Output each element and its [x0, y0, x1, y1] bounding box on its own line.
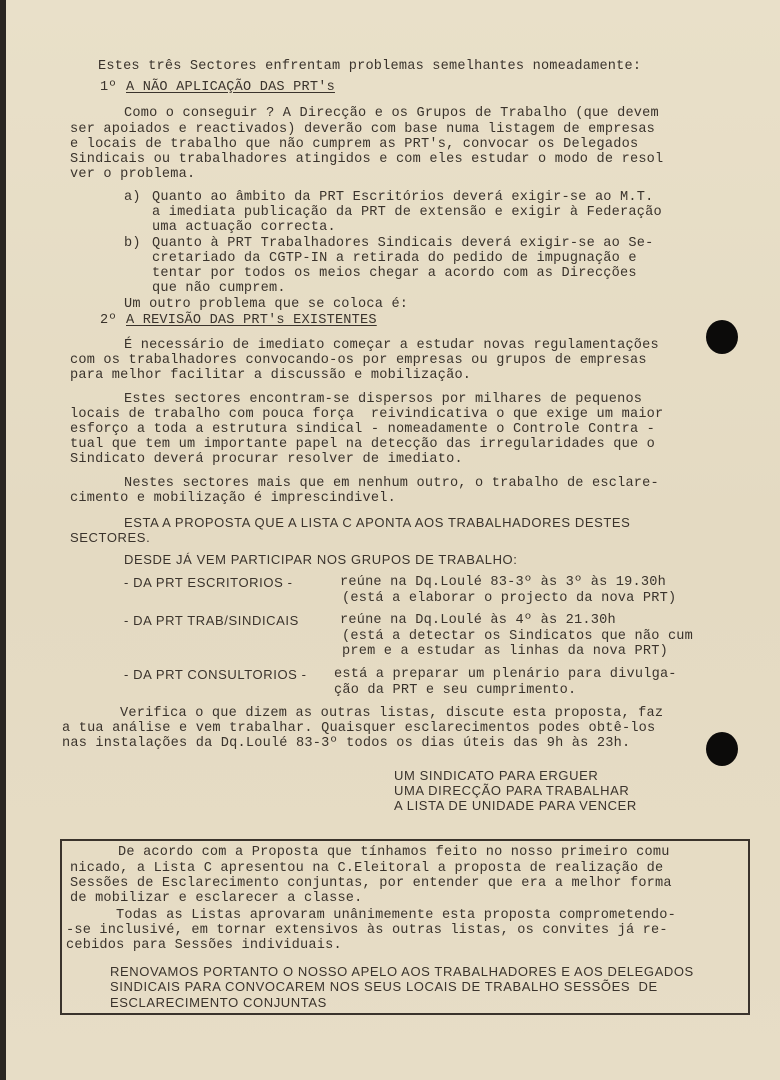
group-detail-line: (está a detectar os Sindicatos que não c…: [342, 629, 693, 644]
punch-hole: [706, 732, 738, 766]
group-label: - DA PRT TRAB/SINDICAIS: [124, 613, 299, 628]
section1-heading-number: 1º: [100, 80, 117, 95]
section2-heading-number: 2º: [100, 313, 117, 328]
closing-line: a tua análise e vem trabalhar. Quaisquer…: [62, 721, 655, 736]
list-marker: b): [124, 236, 141, 251]
section2-paragraph-line: Nestes sectores mais que em nenhum outro…: [124, 476, 659, 491]
section2-paragraph-line: com os trabalhadores convocando-os por e…: [70, 353, 647, 368]
section2-heading-title: A REVISÃO DAS PRT's EXISTENTES: [126, 313, 377, 328]
slogan-line: A LISTA DE UNIDADE PARA VENCER: [394, 798, 637, 813]
section2-paragraph-line: locais de trabalho com pouca força reivi…: [70, 407, 663, 422]
section1-paragraph-line: ver o problema.: [70, 167, 195, 182]
section2-paragraph-line: tual que tem um importante papel na dete…: [70, 437, 655, 452]
list-item-line: uma actuação correcta.: [152, 220, 336, 235]
list-item-line: Quanto à PRT Trabalhadores Sindicais dev…: [152, 236, 653, 251]
list-marker: a): [124, 190, 141, 205]
proposal-line: SECTORES.: [70, 530, 150, 545]
section1-heading-title: A NÃO APLICAÇÃO DAS PRT's: [126, 80, 335, 95]
group-detail-line: reúne na Dq.Loulé 83-3º às 3º às 19.30h: [340, 575, 666, 590]
list-item-line: Quanto ao âmbito da PRT Escritórios deve…: [152, 190, 653, 205]
list-item-line: que não cumprem.: [152, 281, 286, 296]
section1-outro: Um outro problema que se coloca é:: [124, 297, 408, 312]
groups-heading: DESDE JÁ VEM PARTICIPAR NOS GRUPOS DE TR…: [124, 552, 517, 567]
list-item-line: cretariado da CGTP-IN a retirada do pedi…: [152, 251, 637, 266]
group-detail-line: está a preparar um plenário para divulga…: [334, 667, 677, 682]
section1-paragraph-line: e locais de trabalho que não cumprem as …: [70, 137, 638, 152]
section2-paragraph-line: Sindicato deverá procurar resolver de im…: [70, 452, 463, 467]
group-detail-line: reúne na Dq.Loulé às 4º às 21.30h: [340, 613, 616, 628]
section2-paragraph-line: esforço a toda a estrutura sindical - no…: [70, 422, 655, 437]
section1-paragraph-line: ser apoiados e reactivados) deverão com …: [70, 122, 655, 137]
closing-line: nas instalações da Dq.Loulé 83-3º todos …: [62, 736, 630, 751]
group-detail-line: (está a elaborar o projecto da nova PRT): [342, 591, 676, 606]
group-detail-line: ção da PRT e seu cumprimento.: [334, 683, 576, 698]
punch-hole: [706, 320, 738, 354]
section2-paragraph-line: para melhor facilitar a discussão e mobi…: [70, 368, 471, 383]
list-item-line: tentar por todos os meios chegar a acord…: [152, 266, 637, 281]
closing-line: Verifica o que dizem as outras listas, d…: [120, 706, 663, 721]
proposal-line: ESTA A PROPOSTA QUE A LISTA C APONTA AOS…: [124, 515, 630, 530]
section2-paragraph-line: Estes sectores encontram-se dispersos po…: [124, 392, 642, 407]
list-item-line: a imediata publicação da PRT de extensão…: [152, 205, 662, 220]
group-detail-line: prem e a estudar as linhas da nova PRT): [342, 644, 668, 659]
section1-paragraph-line: Sindicais ou trabalhadores atingidos e c…: [70, 152, 663, 167]
intro-text: Estes três Sectores enfrentam problemas …: [98, 59, 641, 74]
group-label: - DA PRT CONSULTORIOS -: [124, 667, 307, 682]
group-label: - DA PRT ESCRITORIOS -: [124, 575, 293, 590]
section2-paragraph-line: É necessário de imediato começar a estud…: [124, 338, 659, 353]
slogan-line: UMA DIRECÇÃO PARA TRABALHAR: [394, 783, 629, 798]
section2-paragraph-line: cimento e mobilização é imprescindivel.: [70, 491, 396, 506]
notice-box: [60, 839, 750, 1015]
slogan-line: UM SINDICATO PARA ERGUER: [394, 768, 598, 783]
section1-paragraph-line: Como o conseguir ? A Direcção e os Grupo…: [124, 106, 659, 121]
